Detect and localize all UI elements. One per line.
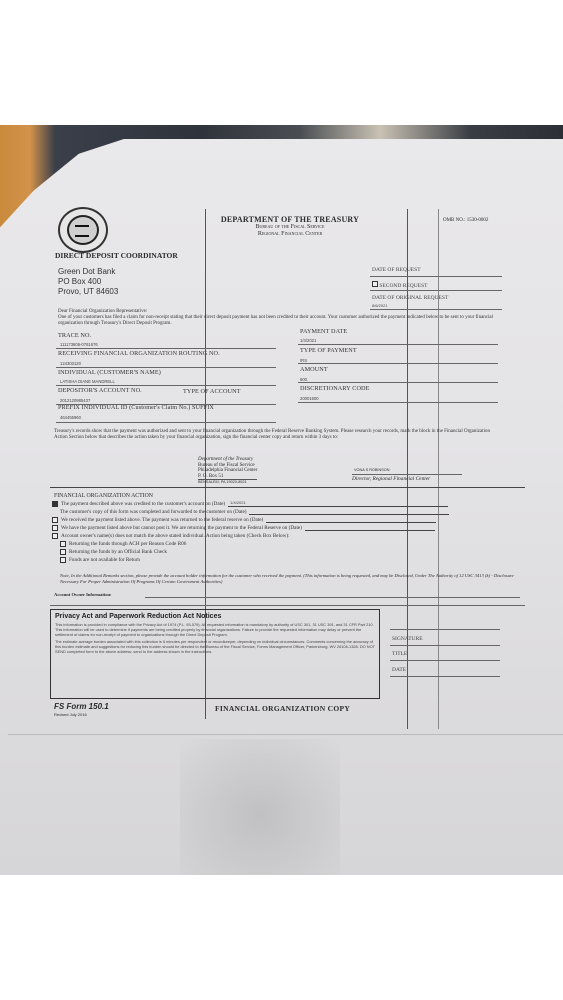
sub-action-label: Funds are not available for Return [69, 557, 140, 563]
coordinator-address: Green Dot Bank PO Box 400 Provo, UT 8460… [58, 267, 118, 297]
rule [56, 367, 276, 368]
privacy-title: Privacy Act and Paperwork Reduction Act … [55, 613, 375, 620]
coordinator-title: DIRECT DEPOSIT COORDINATOR [55, 251, 178, 260]
remarks-note: Note, In the Additional Remarks section,… [60, 573, 520, 584]
name-mismatch-checkbox[interactable] [52, 533, 58, 539]
paper-fold-shadow [180, 739, 340, 875]
action-label: We received the payment listed above. Th… [61, 517, 263, 523]
department-title: DEPARTMENT OF THE TREASURY [210, 215, 370, 224]
amount-label: AMOUNT [300, 366, 328, 373]
account-type-label: TYPE OF ACCOUNT [183, 388, 241, 395]
action-section-title: FINANCIAL ORGANIZATION ACTION [54, 493, 153, 499]
sub-action-ach: Returning the funds through ACH per Reas… [60, 541, 186, 547]
account-owner-info-field[interactable] [145, 597, 520, 598]
trace-no-label: TRACE NO. [58, 332, 91, 339]
account-owner-info-label: Account Owner Information: [54, 592, 112, 597]
return-city: BENSALEM, PA 19020-8521 [198, 479, 257, 486]
return-dept: Department of the Treasury [198, 457, 257, 463]
discretionary-label: DISCRETIONARY CODE [300, 385, 369, 392]
individual-value: LATISHA DIANE MANDRELL [60, 379, 115, 384]
rule [352, 474, 462, 475]
cannot-post-checkbox[interactable] [52, 525, 58, 531]
prefix-label: PREFIX INDIVIDUAL ID (Customer's Claim N… [58, 404, 214, 411]
routing-label: RECEIVING FINANCIAL ORGANIZATION ROUTING… [58, 350, 220, 357]
director-name: VONA S ROBINSON [354, 468, 389, 472]
treasury-seal-icon [58, 207, 108, 253]
divider [438, 209, 439, 729]
bureau-name: Bureau of the Fiscal Service [210, 224, 370, 231]
discretionary-value: 20001600 [300, 396, 319, 401]
action-forwarded: The customer's copy of this form was com… [60, 509, 449, 515]
action-label: The payment described above was credited… [61, 501, 225, 507]
rule [56, 422, 276, 423]
returned-checkbox[interactable] [52, 517, 58, 523]
photo-background: DEPARTMENT OF THE TREASURY Bureau of the… [0, 125, 563, 875]
rule [50, 487, 525, 488]
omb-number: OMB NO.: 1530-0002 [443, 218, 488, 223]
rule [298, 363, 498, 364]
sub-action-label: Returning the funds by an Official Bank … [69, 549, 167, 555]
date-field[interactable] [305, 526, 435, 531]
rule [298, 344, 498, 345]
sub-action-check: Returning the funds by an Official Bank … [60, 549, 167, 555]
bank-name: Green Dot Bank [58, 267, 118, 277]
header: DEPARTMENT OF THE TREASURY Bureau of the… [210, 215, 370, 238]
form-revision: Revised July 2016 [54, 712, 87, 717]
signature-field[interactable] [390, 645, 500, 646]
payment-type-label: TYPE OF PAYMENT [300, 347, 357, 354]
title-field[interactable] [390, 660, 500, 661]
center-name: Regional Financial Center [210, 231, 370, 238]
individual-label: INDIVIDUAL (CUSTOMER'S NAME) [58, 369, 161, 376]
rule [370, 290, 502, 291]
credited-checkbox[interactable] [52, 501, 58, 507]
ach-checkbox[interactable] [60, 541, 66, 547]
signature-label: SIGNATURE [392, 636, 423, 642]
action-label: The customer's copy of this form was com… [60, 509, 246, 515]
action-label: Account owner's name(s) does not match t… [61, 533, 290, 539]
privacy-paragraph-2: The estimate average burden associated w… [55, 639, 375, 654]
date-of-original-request-label: DATE OF ORIGINAL REQUEST [372, 295, 448, 301]
date-field[interactable] [390, 676, 500, 677]
second-request-label: SECOND REQUEST [379, 283, 427, 289]
payment-date-value: 1/4/2021 [300, 338, 316, 343]
trace-no-value: 111173606-0761676 [60, 342, 98, 347]
rule [50, 605, 525, 606]
second-request-checkbox[interactable] [372, 281, 378, 287]
letter: Dear Financial Organization Representati… [58, 309, 518, 327]
action-label: We have the payment listed above but can… [61, 525, 302, 531]
action-cannot-post: We have the payment listed above but can… [52, 525, 435, 531]
payment-date-label: PAYMENT DATE [300, 328, 347, 335]
account-label: DEPOSITOR'S ACCOUNT NO. [58, 387, 142, 394]
form-number: FS Form 150.1 [54, 702, 109, 711]
director-title: Director, Regional Financial Center [352, 476, 430, 482]
routing-value: 124303120 [60, 361, 81, 366]
date-field[interactable] [249, 510, 449, 515]
letter-body: One of your customers has filed a claim … [58, 315, 518, 327]
action-name-mismatch: Account owner's name(s) does not match t… [52, 533, 290, 539]
date-field[interactable] [266, 518, 436, 523]
rule [56, 385, 276, 386]
fold-line [8, 734, 563, 735]
rule [370, 276, 502, 277]
return-address: Department of the Treasury Bureau of the… [198, 457, 257, 486]
bank-check-checkbox[interactable] [60, 549, 66, 555]
privacy-paragraph-1: This information is provided in complian… [55, 622, 375, 637]
prefix-value: 464455960 [60, 415, 81, 420]
credited-date: 1/4/2021 [230, 500, 246, 505]
rule [390, 629, 500, 630]
rule [56, 348, 276, 349]
action-returned: We received the payment listed above. Th… [52, 517, 436, 523]
po-box: PO Box 400 [58, 277, 118, 287]
sub-action-label: Returning the funds through ACH per Reas… [69, 541, 186, 547]
privacy-notice: Privacy Act and Paperwork Reduction Act … [50, 609, 380, 699]
rule [298, 382, 498, 383]
title-label: TITLE [392, 651, 407, 657]
date-field[interactable]: 1/4/2021 [228, 502, 448, 507]
treasury-form-paper: DEPARTMENT OF THE TREASURY Bureau of the… [0, 139, 563, 875]
sub-action-unavailable: Funds are not available for Return [60, 557, 140, 563]
action-credited: The payment described above was credited… [52, 501, 448, 507]
original-request-value: 8/6/2021 [372, 303, 388, 308]
date-of-request-label: DATE OF REQUEST [372, 267, 421, 273]
rule [298, 402, 498, 403]
account-value: 2012120985437 [60, 398, 90, 403]
date-label: DATE [392, 667, 406, 673]
return-center: Philadelphia Financial Center [198, 468, 257, 474]
funds-unavailable-checkbox[interactable] [60, 557, 66, 563]
city: Provo, UT 84603 [58, 287, 118, 297]
records-text: Treasury's records show that the payment… [54, 429, 494, 441]
copy-label: FINANCIAL ORGANIZATION COPY [215, 704, 350, 713]
second-request: SECOND REQUEST [372, 281, 428, 289]
